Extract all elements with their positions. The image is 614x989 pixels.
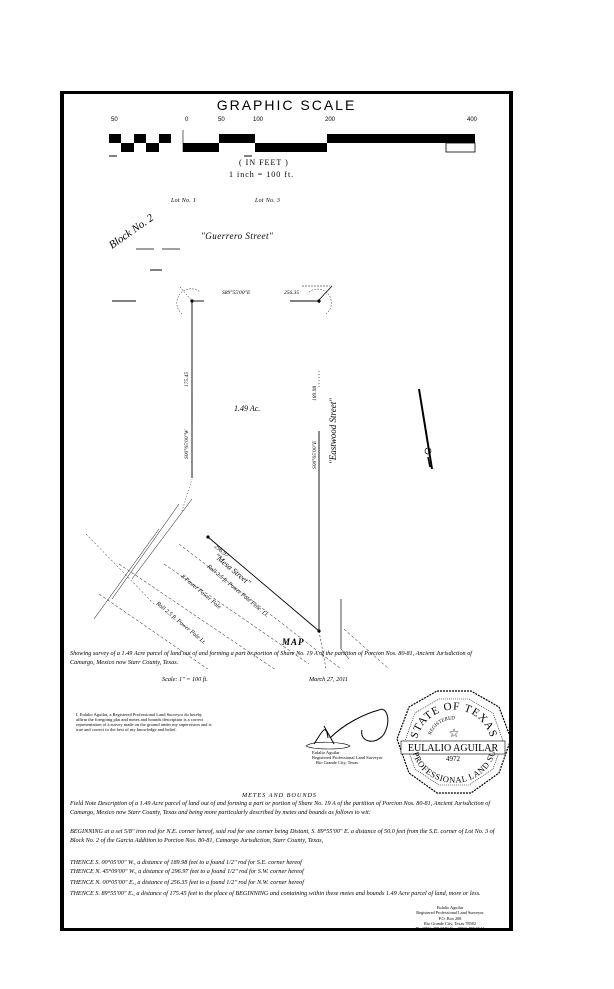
distance-right: 189.98	[312, 386, 318, 401]
distance-top: 256.35	[284, 290, 299, 296]
graphic-scale-title: GRAPHIC SCALE	[64, 97, 509, 113]
map-date: March 27, 2011	[309, 676, 348, 685]
metes-bounds-intro: Field Note Description of a 1.49 Acre pa…	[70, 800, 502, 817]
block-label: Block No. 2	[107, 212, 157, 252]
metes-bounds-call: THENCE N. 45°09'00" W., a distance of 29…	[70, 868, 502, 877]
scale-tick-label: 400	[467, 117, 477, 123]
metes-bounds-beginning: BEGINNING at a set 5/8" iron rod for N.E…	[70, 828, 502, 845]
svg-text:4972: 4972	[446, 755, 461, 763]
svg-text:☆: ☆	[449, 726, 460, 740]
scale-tick-label: 50	[111, 117, 118, 123]
svg-text:EULALIO AGUILAR: EULALIO AGUILAR	[408, 743, 499, 754]
map-title: MAP	[282, 637, 305, 647]
map-scale: Scale: 1" = 100 ft.	[162, 676, 208, 685]
scale-tick-label: 100	[253, 117, 263, 123]
area-label: 1.49 Ac.	[234, 404, 260, 413]
lot-label: Lot No. 1	[171, 198, 196, 204]
surveyor-stamp: Eulalio Aguilar Registered Professional …	[398, 905, 502, 931]
metes-bounds-call: THENCE S. 00°05'00" W., a distance of 18…	[70, 859, 502, 868]
surveyor-seal: STATE OF TEXAS REGISTERED ☆ EULALIO AGUI…	[395, 689, 513, 797]
lot-label: Lot No. 3	[255, 198, 280, 204]
scale-tick-label: 0	[185, 117, 188, 123]
street-right-label: "Eastwood Street"	[328, 398, 338, 464]
bearing-left: S00°05'00"W	[183, 429, 190, 459]
scale-tick-label: 200	[325, 117, 335, 123]
metes-bounds-call: THENCE N. 00°05'00" E., a distance of 25…	[70, 879, 502, 888]
street-top-label: "Guerrero Street"	[201, 231, 273, 241]
svg-text:Roll 2.5 ft. Power Pole Lt.: Roll 2.5 ft. Power Pole Lt.	[154, 600, 208, 647]
survey-plat-frame: GRAPHIC SCALE 50 0 50 100 200 400 ( IN F…	[60, 91, 513, 931]
scale-tick-label: 50	[218, 117, 225, 123]
survey-map-drawing: Block No. 2	[64, 149, 510, 669]
bearing-top: S89°55'00"E	[222, 289, 251, 296]
certification-text: I, Eulalio Aguilar, a Registered Profess…	[76, 712, 212, 732]
bearing-right: S00°05'00"E	[311, 440, 318, 469]
signer-location: Rio Grande City, Texas	[316, 760, 358, 765]
map-caption: Showing survey of a 1.49 Acre parcel of …	[70, 650, 480, 667]
distance-left: 175.45	[183, 372, 190, 387]
metes-bounds-call: THENCE S. 89°55'00" E., a distance of 17…	[70, 890, 486, 899]
svg-text:8 Power Power Pole: 8 Power Power Pole	[180, 574, 222, 611]
